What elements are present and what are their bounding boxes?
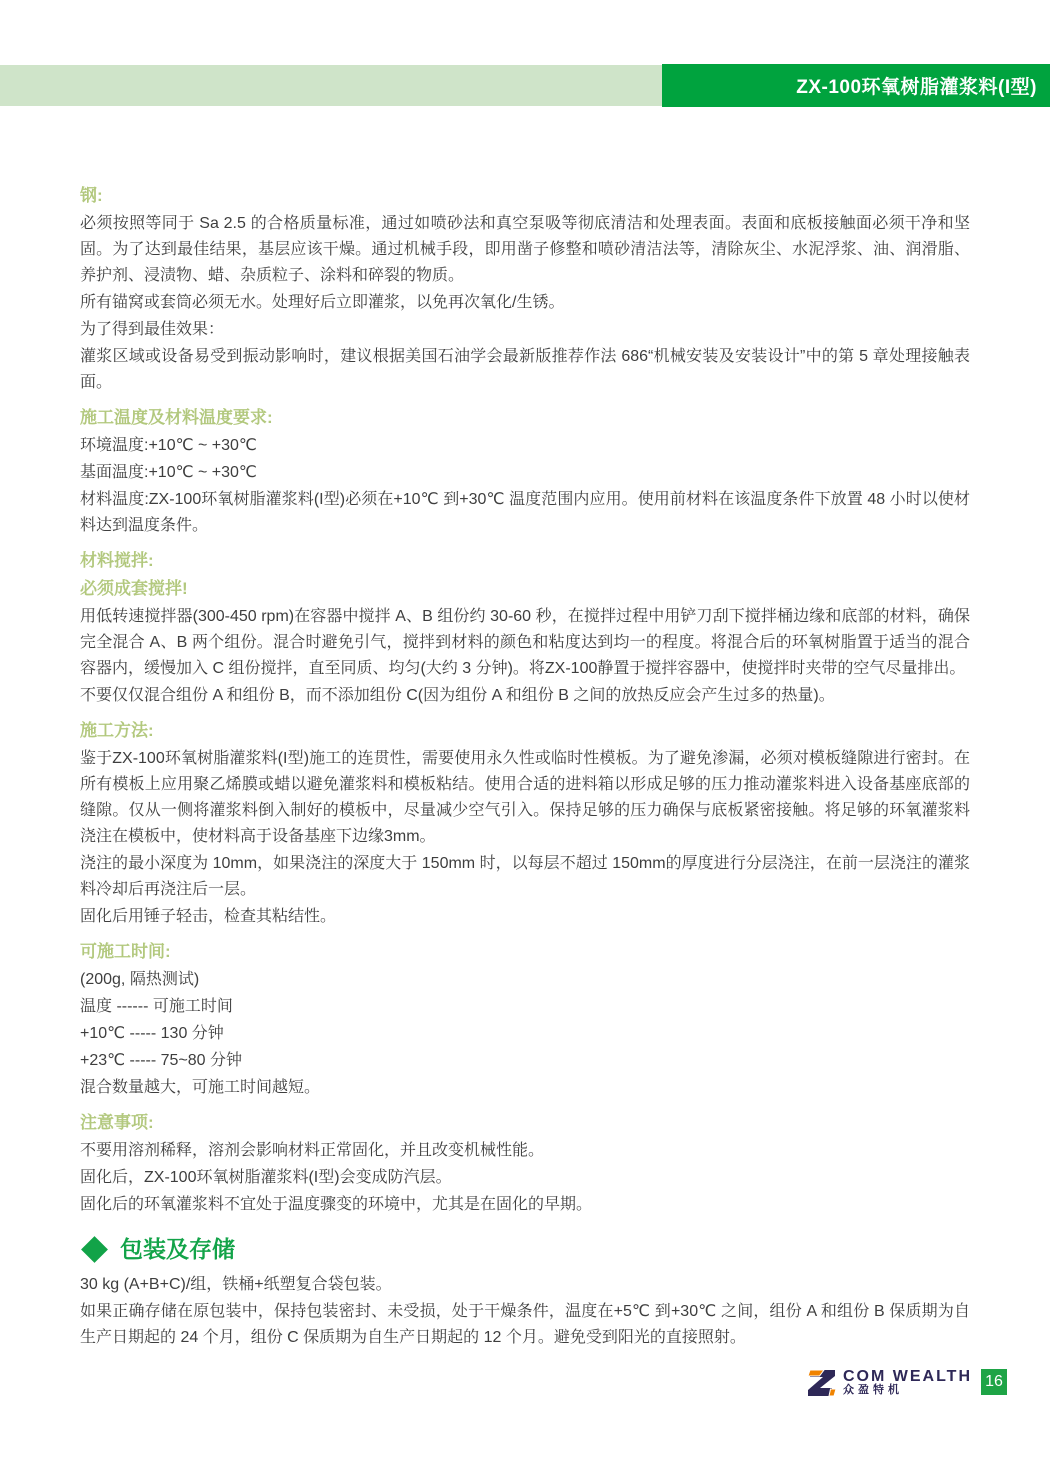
paragraph: 材料温度:ZX-100环氧树脂灌浆料(I型)必须在+10℃ 到+30℃ 温度范围… [80, 487, 970, 539]
paragraph: 必须按照等同于 Sa 2.5 的合格质量标准，通过如喷砂法和真空泵吸等彻底清洁和… [80, 211, 970, 289]
paragraph: 温度 ------ 可施工时间 [80, 994, 970, 1020]
section-heading: 钢: [80, 183, 970, 209]
packaging-title-row: 包装及存储 [80, 1234, 970, 1264]
section-heading: 材料搅拌: [80, 548, 970, 574]
document-body: 钢: 必须按照等同于 Sa 2.5 的合格质量标准，通过如喷砂法和真空泵吸等彻底… [80, 183, 970, 1352]
paragraph: 基面温度:+10℃ ~ +30℃ [80, 460, 970, 486]
paragraph: 不要用溶剂稀释，溶剂会影响材料正常固化，并且改变机械性能。 [80, 1138, 970, 1164]
paragraph: 灌浆区域或设备易受到振动影响时，建议根据美国石油学会最新版推荐作法 686“机械… [80, 344, 970, 396]
paragraph: 30 kg (A+B+C)/组，铁桶+纸塑复合袋包装。 [80, 1272, 970, 1298]
paragraph: 固化后，ZX-100环氧树脂灌浆料(I型)会变成防汽层。 [80, 1165, 970, 1191]
paragraph: +10℃ ----- 130 分钟 [80, 1021, 970, 1047]
section-heading: 可施工时间: [80, 939, 970, 965]
paragraph: 混合数量越大，可施工时间越短。 [80, 1075, 970, 1101]
section-packaging-storage: 包装及存储 30 kg (A+B+C)/组，铁桶+纸塑复合袋包装。 如果正确存储… [80, 1234, 970, 1351]
page-footer: COM WEALTH 众盈特机 16 [808, 1369, 1007, 1396]
paragraph: 不要仅仅混合组份 A 和组份 B，而不添加组份 C(因为组份 A 和组份 B 之… [80, 683, 970, 709]
paragraph: 固化后用锤子轻击，检查其粘结性。 [80, 904, 970, 930]
paragraph: 鉴于ZX-100环氧树脂灌浆料(I型)施工的连贯性，需要使用永久性或临时性模板。… [80, 746, 970, 850]
paragraph: 用低转速搅拌器(300-450 rpm)在容器中搅拌 A、B 组份约 30-60… [80, 604, 970, 682]
paragraph: (200g, 隔热测试) [80, 967, 970, 993]
brand-block: COM WEALTH 众盈特机 [843, 1369, 972, 1396]
comwealth-logo-icon [808, 1370, 836, 1396]
paragraph: 如果正确存储在原包装中，保持包装密封、未受损，处于干燥条件，温度在+5℃ 到+3… [80, 1299, 970, 1351]
paragraph: +23℃ ----- 75~80 分钟 [80, 1048, 970, 1074]
section-heading: 注意事项: [80, 1110, 970, 1136]
section-workable-time: 可施工时间: (200g, 隔热测试) 温度 ------ 可施工时间 +10℃… [80, 939, 970, 1101]
paragraph: 环境温度:+10℃ ~ +30℃ [80, 433, 970, 459]
paragraph: 浇注的最小深度为 10mm，如果浇注的深度大于 150mm 时，以每层不超过 1… [80, 851, 970, 903]
brand-name-chinese: 众盈特机 [843, 1384, 972, 1396]
section-construction-method: 施工方法: 鉴于ZX-100环氧树脂灌浆料(I型)施工的连贯性，需要使用永久性或… [80, 718, 970, 930]
page-number-badge: 16 [981, 1369, 1007, 1395]
section-steel: 钢: 必须按照等同于 Sa 2.5 的合格质量标准，通过如喷砂法和真空泵吸等彻底… [80, 183, 970, 396]
paragraph: 固化后的环氧灌浆料不宜处于温度骤变的环境中，尤其是在固化的早期。 [80, 1192, 970, 1218]
section-heading: 施工温度及材料温度要求: [80, 405, 970, 431]
brand-name: COM WEALTH [843, 1369, 972, 1384]
paragraph: 所有锚窝或套筒必须无水。处理好后立即灌浆，以免再次氧化/生锈。 [80, 290, 970, 316]
packaging-title: 包装及存储 [120, 1234, 235, 1264]
diamond-icon [81, 1236, 108, 1263]
page-title: ZX-100环氧树脂灌浆料(I型) [662, 64, 1050, 107]
section-subheading: 必须成套搅拌! [80, 576, 970, 602]
section-temperature-requirements: 施工温度及材料温度要求: 环境温度:+10℃ ~ +30℃ 基面温度:+10℃ … [80, 405, 970, 539]
section-heading: 施工方法: [80, 718, 970, 744]
paragraph: 为了得到最佳效果： [80, 317, 970, 343]
section-precautions: 注意事项: 不要用溶剂稀释，溶剂会影响材料正常固化，并且改变机械性能。 固化后，… [80, 1110, 970, 1218]
section-material-mixing: 材料搅拌: 必须成套搅拌! 用低转速搅拌器(300-450 rpm)在容器中搅拌… [80, 548, 970, 709]
